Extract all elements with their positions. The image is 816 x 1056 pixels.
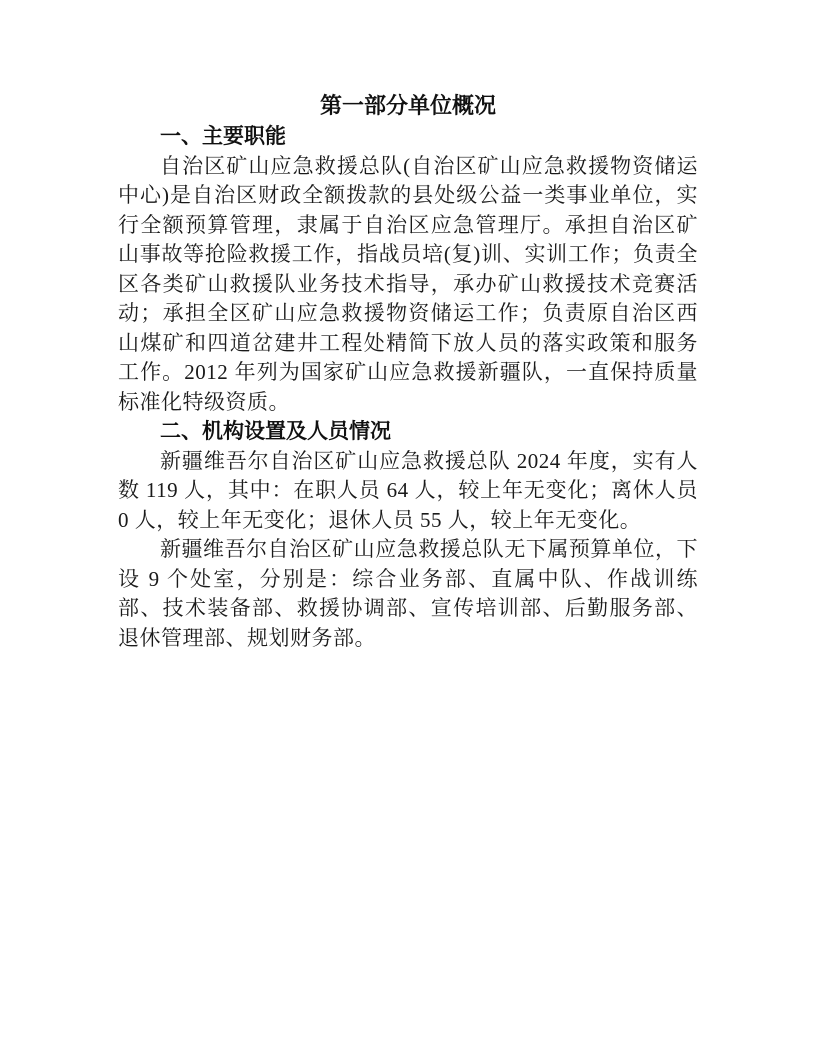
section-2-paragraph-2: 新疆维吾尔自治区矿山应急救援总队无下属预算单位，下设 9 个处室，分别是：综合业… xyxy=(118,535,698,653)
document-page: 第一部分单位概况 一、主要职能 自治区矿山应急救援总队(自治区矿山应急救援物资储… xyxy=(0,0,816,1056)
section-heading-2: 二、机构设置及人员情况 xyxy=(118,417,698,447)
section-heading-1: 一、主要职能 xyxy=(118,122,698,152)
section-1-paragraph-1: 自治区矿山应急救援总队(自治区矿山应急救援物资储运中心)是自治区财政全额拨款的县… xyxy=(118,152,698,418)
section-2-paragraph-1: 新疆维吾尔自治区矿山应急救援总队 2024 年度，实有人数 119 人，其中：在… xyxy=(118,447,698,536)
page-title: 第一部分单位概况 xyxy=(118,90,698,122)
